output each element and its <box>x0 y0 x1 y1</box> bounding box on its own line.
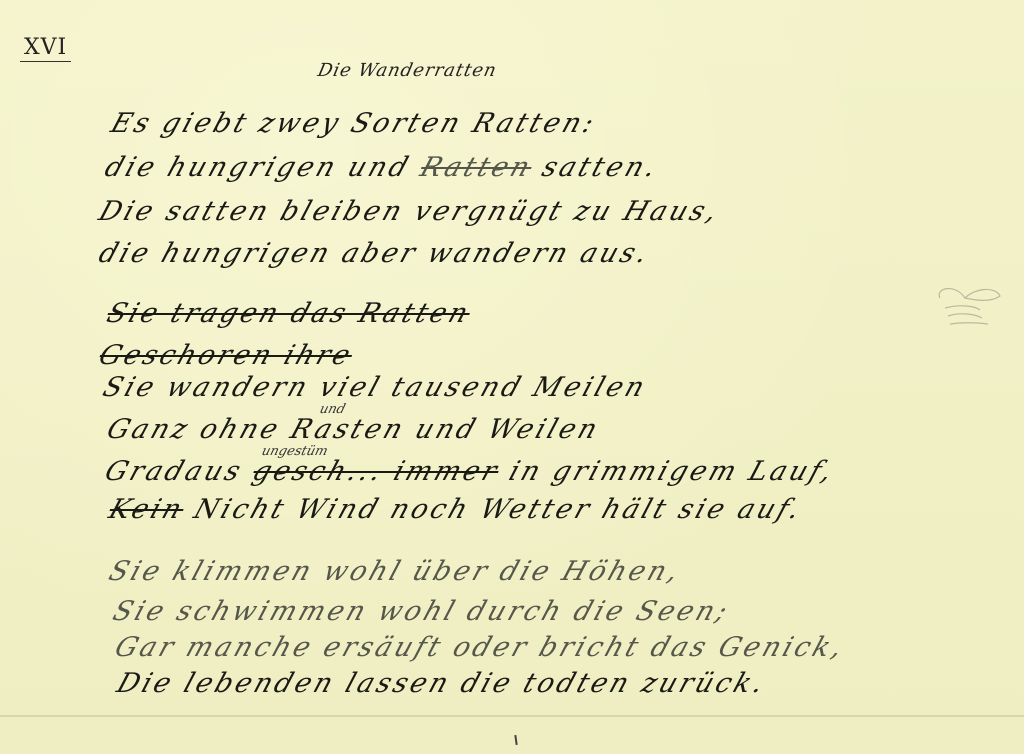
interlinear-insertion: ungestüm <box>260 444 329 459</box>
margin-scribble-icon <box>930 268 1010 328</box>
line-text: Gradaus <box>101 456 247 487</box>
line-text: die hungrigen aber wandern aus. <box>95 238 654 269</box>
poem-line: die hungrigen und Ratten satten. <box>101 152 663 183</box>
poem-title: Die Wanderratten <box>316 60 499 81</box>
struck-text: Sie tragen das Ratten <box>103 298 475 329</box>
poem-line: Ganz ohne Rasten und Weilen <box>103 414 604 445</box>
line-text: Sie schwimmen wohl durch die Seen; <box>109 596 734 627</box>
poem-line: Gradaus gesch... immer in grimmigem Lauf… <box>101 456 839 487</box>
poem-line: Kein Nicht Wind noch Wetter hält sie auf… <box>105 494 807 525</box>
line-text: Gar manche ersäuft oder bricht das Genic… <box>111 632 849 663</box>
struck-text: Ratten <box>416 152 536 183</box>
interlinear-insertion: und <box>318 402 347 417</box>
struck-text: Geschoren ihre <box>95 340 357 371</box>
line-text: Es giebt zwey Sorten Ratten: <box>107 108 601 139</box>
line-text: Sie wandern viel tausend Meilen <box>99 372 651 403</box>
poem-line-deleted: Geschoren ihre <box>95 340 357 371</box>
line-text: in grimmigem Lauf, <box>505 456 839 487</box>
line-text: satten. <box>538 152 663 183</box>
line-text: Die lebenden lassen die todten zurück. <box>113 668 770 699</box>
poem-line: Die lebenden lassen die todten zurück. <box>113 668 770 699</box>
struck-text: Kein <box>105 494 189 525</box>
line-text: Nicht Wind noch Wetter hält sie auf. <box>190 494 807 525</box>
line-text: die hungrigen und <box>101 152 415 183</box>
poem-line: Sie schwimmen wohl durch die Seen; <box>109 596 734 627</box>
poem-line: Gar manche ersäuft oder bricht das Genic… <box>111 632 849 663</box>
page-fold-line <box>0 715 1024 717</box>
poem-line: die hungrigen aber wandern aus. <box>95 238 654 269</box>
folio-number: XVI <box>20 36 71 62</box>
poem-line: Es giebt zwey Sorten Ratten: <box>107 108 601 139</box>
line-text: Ganz ohne Rasten und Weilen <box>103 414 604 445</box>
poem-line: Sie klimmen wohl über die Höhen, <box>105 556 685 587</box>
page-mark <box>514 735 517 745</box>
line-text: Sie klimmen wohl über die Höhen, <box>105 556 685 587</box>
manuscript-page: XVI Die Wanderratten Es giebt zwey Sorte… <box>0 0 1024 754</box>
line-text: Die satten bleiben vergnügt zu Haus, <box>95 196 724 227</box>
struck-text: gesch... immer <box>249 456 504 487</box>
poem-line: Die satten bleiben vergnügt zu Haus, <box>95 196 724 227</box>
poem-line-deleted: Sie tragen das Ratten <box>103 298 475 329</box>
poem-line: Sie wandern viel tausend Meilen <box>99 372 651 403</box>
